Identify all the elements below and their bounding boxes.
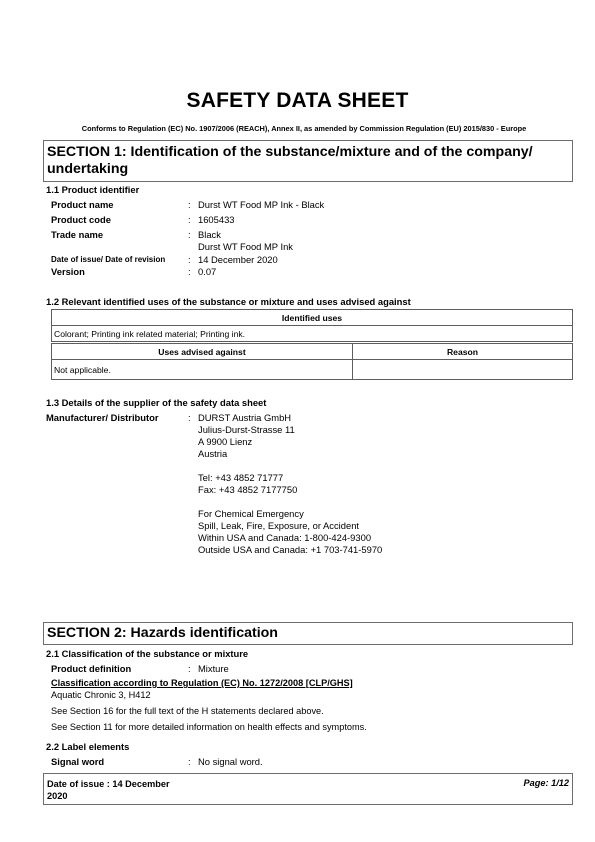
label-elements-heading: 2.2 Label elements [46, 741, 129, 752]
trade-name-value-line2: Durst WT Food MP Ink [198, 241, 293, 252]
product-name-label: Product name [51, 199, 114, 210]
trade-name-value: Black Durst WT Food MP Ink [198, 229, 293, 252]
product-code-label: Product code [51, 214, 111, 225]
product-identifier-heading: 1.1 Product identifier [46, 184, 139, 195]
separator: : [188, 199, 191, 210]
address-line: Within USA and Canada: 1-800-424-9300 [198, 532, 382, 544]
separator: : [188, 229, 191, 240]
signal-word-value: No signal word. [198, 756, 263, 768]
address-line: For Chemical Emergency [198, 508, 382, 520]
address-line: Fax: +43 4852 7177750 [198, 484, 382, 496]
footer-date: Date of issue : 14 December 2020 [47, 778, 197, 802]
clp-classification-heading: Classification according to Regulation (… [51, 678, 353, 688]
address-line [198, 496, 382, 508]
section-11-note: See Section 11 for more detailed informa… [51, 722, 367, 732]
identified-uses-value: Colorant; Printing ink related material;… [52, 326, 573, 342]
section-1-heading: SECTION 1: Identification of the substan… [43, 140, 573, 182]
address-line: Julius-Durst-Strasse 11 [198, 424, 382, 436]
reason-value [353, 360, 573, 380]
section-1-heading-line1: SECTION 1: Identification of the substan… [47, 144, 572, 161]
separator: : [188, 663, 191, 674]
product-definition-label: Product definition [51, 663, 131, 674]
section-2-heading: SECTION 2: Hazards identification [43, 622, 573, 645]
address-line: DURST Austria GmbH [198, 412, 382, 424]
manufacturer-label: Manufacturer/ Distributor [46, 412, 159, 423]
footer-date-line2: 2020 [47, 791, 67, 801]
trade-name-label: Trade name [51, 229, 103, 240]
identified-uses-table: Identified uses Colorant; Printing ink r… [51, 309, 573, 342]
clp-classification-value: Aquatic Chronic 3, H412 [51, 690, 151, 700]
version-label: Version [51, 266, 85, 277]
address-line [198, 460, 382, 472]
version-value: 0.07 [198, 266, 216, 278]
trade-name-value-line1: Black [198, 229, 221, 240]
supplier-details-heading: 1.3 Details of the supplier of the safet… [46, 397, 266, 408]
address-line: A 9900 Lienz [198, 436, 382, 448]
separator: : [188, 756, 191, 767]
address-line: Spill, Leak, Fire, Exposure, or Accident [198, 520, 382, 532]
separator: : [188, 254, 191, 265]
separator: : [188, 412, 191, 423]
uses-advised-against-table: Uses advised against Reason Not applicab… [51, 343, 573, 380]
section-16-note: See Section 16 for the full text of the … [51, 706, 324, 716]
page-footer: Date of issue : 14 December 2020 Page: 1… [43, 773, 573, 805]
document-title: SAFETY DATA SHEET [0, 89, 595, 113]
separator: : [188, 266, 191, 277]
product-definition-value: Mixture [198, 663, 229, 675]
uses-advised-against-value: Not applicable. [52, 360, 353, 380]
regulation-conformity: Conforms to Regulation (EC) No. 1907/200… [0, 124, 595, 133]
manufacturer-address: DURST Austria GmbHJulius-Durst-Strasse 1… [198, 412, 382, 556]
identified-uses-header: Identified uses [52, 310, 573, 326]
reason-header: Reason [353, 344, 573, 360]
date-of-issue-value: 14 December 2020 [198, 254, 278, 266]
address-line: Austria [198, 448, 382, 460]
product-code-value: 1605433 [198, 214, 235, 226]
address-line: Outside USA and Canada: +1 703-741-5970 [198, 544, 382, 556]
date-of-issue-label: Date of issue/ Date of revision [51, 255, 165, 264]
page-number: Page: 1/12 [524, 778, 569, 788]
uses-advised-against-header: Uses advised against [52, 344, 353, 360]
section-1-heading-line2: undertaking [47, 161, 572, 178]
footer-date-line1: Date of issue : 14 December [47, 779, 170, 789]
separator: : [188, 214, 191, 225]
address-line: Tel: +43 4852 71777 [198, 472, 382, 484]
signal-word-label: Signal word [51, 756, 104, 767]
identified-uses-heading: 1.2 Relevant identified uses of the subs… [46, 296, 411, 307]
classification-heading: 2.1 Classification of the substance or m… [46, 648, 248, 659]
product-name-value: Durst WT Food MP Ink - Black [198, 199, 324, 211]
